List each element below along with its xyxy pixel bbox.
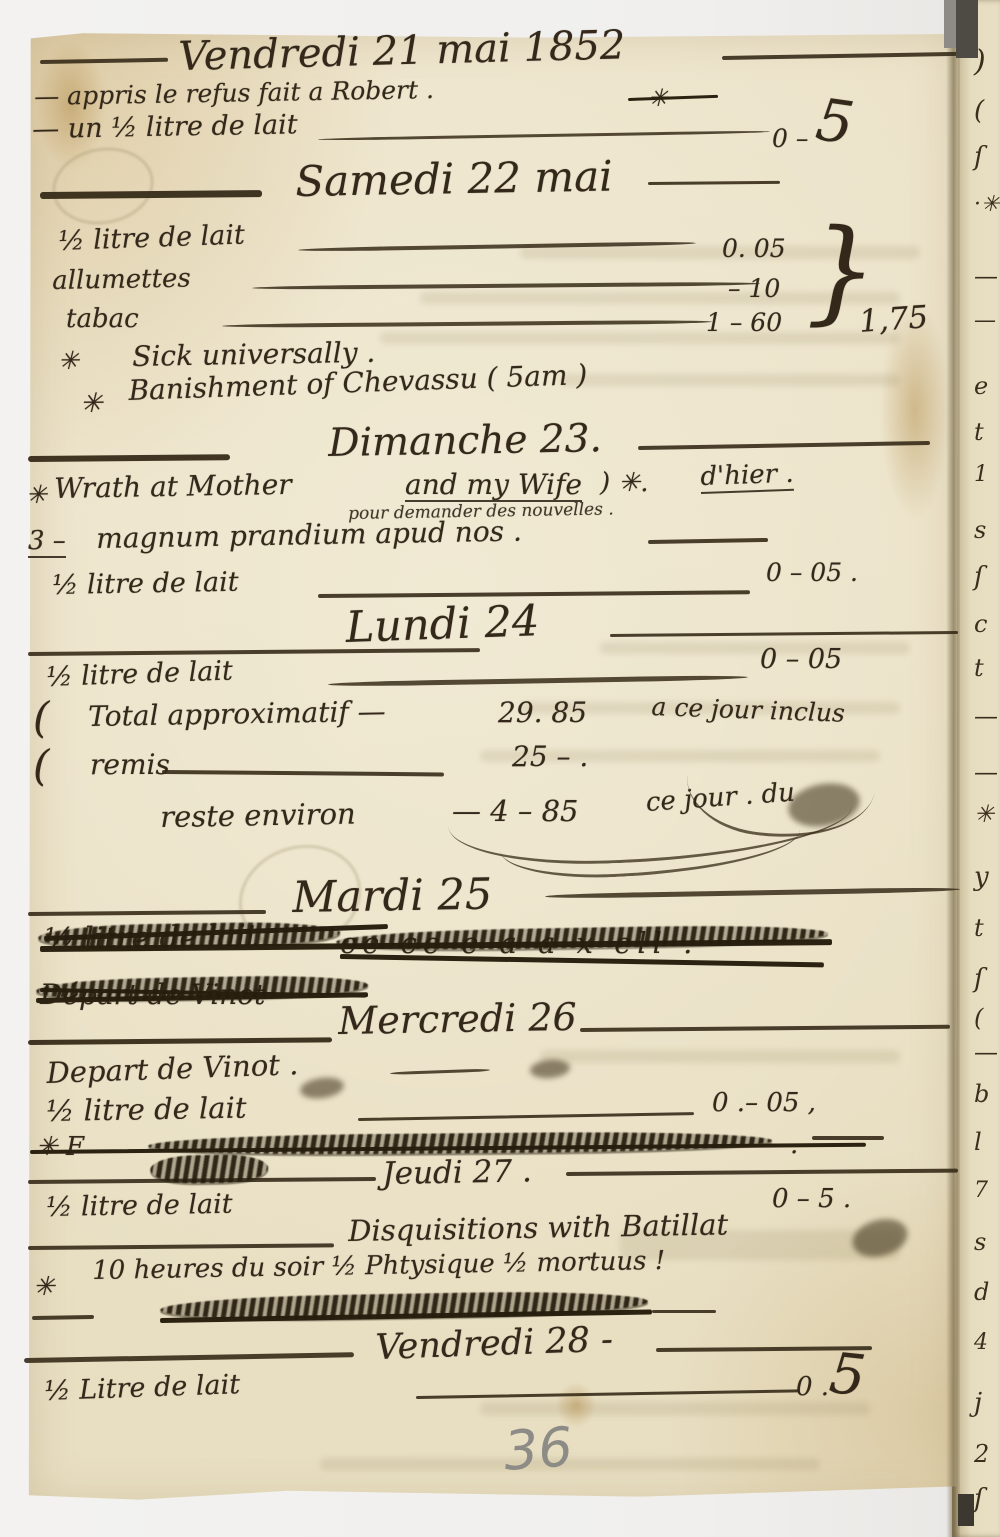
adjacent-page-text-fragment: t: [974, 654, 984, 682]
adjacent-page-text-fragment: b: [974, 1080, 989, 1108]
adjacent-page-text-fragment: t: [974, 418, 984, 446]
asterisk-banishment: ✳: [80, 390, 103, 418]
heading-samedi-22: Samedi 22 mai: [295, 154, 613, 204]
entry-total-approx: Total approximatif —: [88, 697, 386, 732]
value-remis: 25 – .: [512, 742, 588, 771]
note-magnum: magnum prandium apud nos .: [96, 517, 522, 554]
binding-mark: [958, 1494, 974, 1526]
adjacent-page-text-fragment: t: [974, 914, 984, 942]
note-wrath-2: and my Wife: [405, 470, 582, 502]
value-lait-26: 0 .– 05 ,: [712, 1090, 816, 1117]
binding-gutter-shadow: [946, 0, 960, 1537]
value-lait-28: 0 .: [796, 1374, 829, 1401]
adjacent-page-text-fragment: —: [974, 262, 998, 290]
ink-rule: [812, 1136, 884, 1140]
adjacent-page-text-fragment: (: [974, 96, 984, 126]
adjacent-page-text-fragment: s: [974, 516, 986, 544]
note-wrath-4: d'hier .: [700, 461, 794, 495]
adjacent-page-text-fragment: ✳: [974, 800, 994, 828]
asterisk-wrath: ✳: [26, 482, 47, 508]
value-lait-24: 0 – 05: [760, 646, 842, 674]
verso-show-through: [600, 642, 910, 654]
entry-lait-28: ½ Litre de lait: [44, 1371, 241, 1406]
entry-lait-22: ½ litre de lait: [58, 221, 245, 256]
adjacent-page-text-fragment: c: [974, 610, 987, 638]
note-wrath-1: Wrath at Mother: [54, 470, 292, 504]
verso-show-through: [560, 374, 900, 386]
value-lait-22: 0. 05: [722, 236, 786, 262]
verso-show-through: [540, 1050, 900, 1063]
adjacent-page-text-fragment: j: [974, 1388, 982, 1418]
heading-mardi-25: Mardi 25: [292, 873, 493, 922]
adjacent-page-text-fragment: —: [974, 758, 998, 786]
marker-3: 3 –: [28, 528, 66, 558]
paren-remis: (: [33, 744, 49, 788]
adjacent-page-text-fragment: ·✳: [974, 192, 999, 217]
entry-lait-26: ½ litre de lait: [46, 1093, 247, 1127]
adjacent-page-text-fragment: ſ: [974, 142, 984, 172]
entry-lait-27: ½ litre de lait: [46, 1191, 233, 1223]
adjacent-page-text-fragment: ſ: [974, 562, 984, 592]
adjacent-page-text-fragment: —: [974, 1038, 998, 1066]
ink-rule: [652, 1310, 716, 1313]
adjacent-page-text-fragment: ſ: [974, 964, 984, 994]
adjacent-page-text-fragment: e: [974, 372, 988, 400]
manuscript-scan: { "document": { "type": "handwritten-dia…: [0, 0, 1000, 1537]
value-total-22: 1,75: [858, 301, 929, 338]
heading-dimanche-23: Dimanche 23.: [328, 419, 602, 465]
adjacent-page-text-fragment: —: [974, 308, 996, 333]
binding-mark: [956, 0, 978, 58]
adjacent-page-text-fragment: 4: [974, 1330, 988, 1355]
value-reste: — 4 – 85: [452, 796, 579, 826]
note-wrath-3: ) ✳.: [600, 470, 648, 497]
entry-tabac: tabac: [66, 306, 139, 333]
heading-lundi-24: Lundi 24: [345, 599, 540, 651]
paren-total: (: [33, 696, 49, 740]
adjacent-page-text-fragment: ſ: [974, 1484, 984, 1514]
value-lait-27: 0 – 5 .: [772, 1186, 851, 1213]
adjacent-page-text-fragment: —: [974, 702, 998, 730]
value-lait-21-five: 5: [814, 96, 857, 147]
adjacent-page-text-fragment: d: [974, 1278, 989, 1306]
entry-lait-24: ½ litre de lait: [46, 657, 233, 692]
adjacent-page-text-fragment: y: [974, 862, 989, 892]
entry-un-demi-litre: — un ½ litre de lait: [32, 111, 298, 144]
value-lait-28-five: 5: [827, 1352, 867, 1400]
entry-remis: remis: [90, 750, 170, 779]
adjacent-page-text-fragment: 2: [974, 1440, 989, 1468]
heading-jeudi-27: Jeudi 27 .: [382, 1155, 532, 1190]
entry-allumettes: allumettes: [52, 266, 191, 296]
note-disquisitions: Disquisitions with Batillat: [348, 1209, 728, 1246]
heading-vendredi-21: Vendredi 21 mai 1852: [178, 24, 626, 78]
heading-vendredi-28: Vendredi 28 -: [375, 1322, 614, 1367]
entry-lait-23: ½ litre de lait: [52, 569, 239, 601]
note-a-ce-jour: a ce jour inclus: [651, 694, 845, 727]
page-number: 36: [502, 1419, 575, 1480]
entry-reste: reste environ: [160, 799, 356, 833]
value-tabac: 1 – 60: [706, 310, 782, 336]
value-lait-21: 0 –: [772, 126, 808, 152]
scan-canvas: Vendredi 21 mai 1852— appris le refus fa…: [0, 0, 1000, 1537]
struck-mark-26: ✳ F: [36, 1134, 84, 1161]
adjacent-page-text-fragment: (: [974, 1004, 983, 1032]
asterisk-phthisis: ✳: [33, 1274, 55, 1301]
binding-mark: [944, 0, 956, 48]
value-lait-23: 0 – 05 .: [766, 560, 858, 586]
heading-mercredi-26: Mercredi 26: [338, 998, 577, 1042]
value-total-approx: 29. 85: [498, 698, 587, 727]
asterisk-sick: ✳: [58, 348, 79, 374]
adjacent-page-text-fragment: s: [974, 1228, 986, 1256]
adjacent-page-text-fragment: l: [974, 1128, 982, 1156]
adjacent-page-text-fragment: 7: [974, 1178, 988, 1203]
value-allumettes: – 10: [728, 276, 780, 302]
verso-show-through: [480, 1402, 870, 1415]
adjacent-page-text-fragment: 1: [974, 462, 988, 487]
